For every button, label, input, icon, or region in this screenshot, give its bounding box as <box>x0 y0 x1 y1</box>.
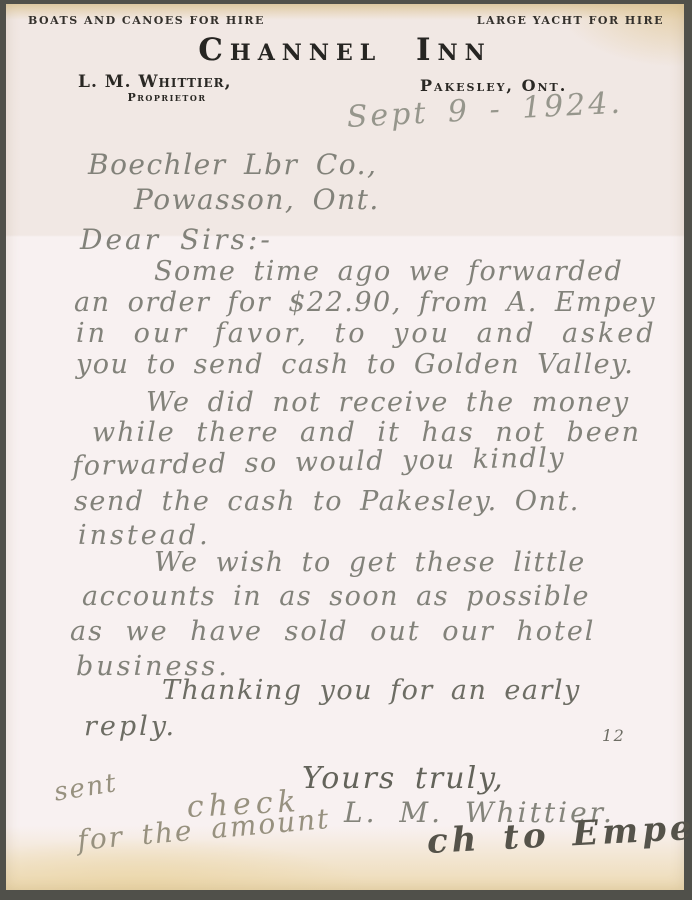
body-line: send the cash to Pakesley. Ont. <box>74 486 580 517</box>
recipient-company-line: Boechler Lbr Co., <box>88 148 377 181</box>
body-line: forwarded so would you kindly <box>72 442 565 482</box>
handwritten-date: Sept 9 - 1924. <box>346 86 624 135</box>
closing-line: Yours truly, <box>302 761 505 796</box>
body-line: accounts in as soon as possible <box>82 581 590 612</box>
body-line: reply. <box>84 711 177 742</box>
body-line: Thanking you for an early <box>162 675 581 706</box>
proprietor-name: L. M. Whittier, <box>78 72 232 92</box>
body-line: in our favor, to you and asked <box>76 318 657 349</box>
body-line: an order for $22.90, from A. Empey <box>74 287 656 318</box>
body-line: We wish to get these little <box>154 547 586 578</box>
letterhead-title: Channel Inn <box>6 32 684 68</box>
salutation: Dear Sirs:- <box>80 223 273 256</box>
proprietor-title: Proprietor <box>78 91 256 104</box>
body-line: you to send cash to Golden Valley. <box>76 349 634 380</box>
recipient-town-line: Powasson, Ont. <box>134 183 380 216</box>
pencil-note: sent <box>52 768 120 808</box>
letter-paper: BOATS AND CANOES FOR HIRE LARGE YACHT FO… <box>6 4 684 890</box>
scanned-letter-frame: BOATS AND CANOES FOR HIRE LARGE YACHT FO… <box>0 0 692 900</box>
letterhead-slogan-left: BOATS AND CANOES FOR HIRE <box>28 14 265 27</box>
stray-pencil-mark: 12 <box>602 726 625 745</box>
body-line: Some time ago we forwarded <box>154 256 623 287</box>
letterhead-slogan-right: LARGE YACHT FOR HIRE <box>477 14 664 27</box>
body-line: We did not receive the money <box>146 387 630 418</box>
body-line: as we have sold out our hotel <box>70 616 595 647</box>
